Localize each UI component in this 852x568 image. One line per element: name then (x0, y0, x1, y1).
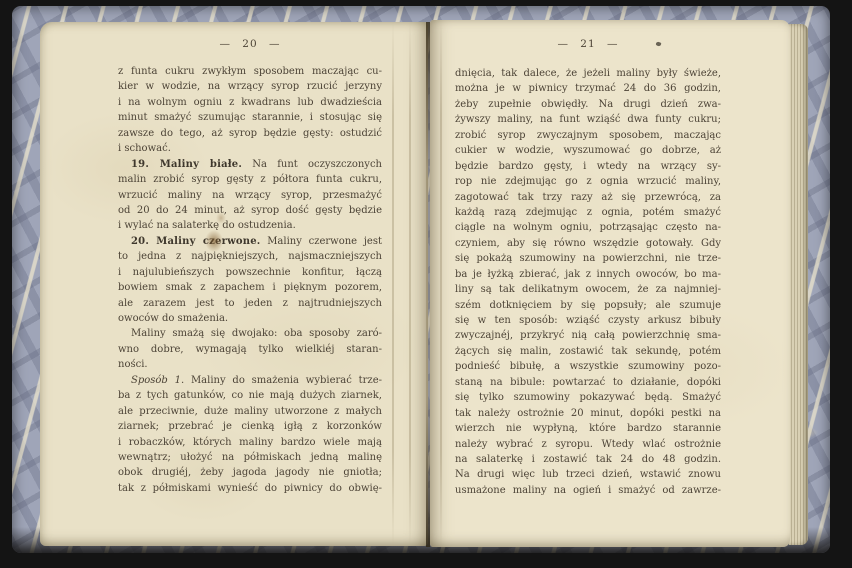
text-line: 19. Maliny białe. Na funt oczyszczonych (118, 157, 382, 172)
text-line: zawsze do tego, aż syrop będzie gęsty: o… (118, 126, 382, 141)
text-line: ale zarazem jest to jeden z najtrudniejs… (118, 296, 382, 311)
text-line: każdą razą zdejmując z ognia, potém smaż… (455, 205, 721, 220)
text-line: usmażone maliny na ogień i smażyć od zaw… (455, 483, 721, 498)
text-line: zwyczajnéj, przykryć nią całą powierzchn… (455, 328, 721, 343)
book-gutter (426, 22, 430, 547)
text-line: cukier w wodzie, wyszumować go dobrze, a… (455, 143, 721, 158)
page-number-header-left: — 20 — (118, 38, 382, 50)
text-line: Sposób 1. Maliny do smażenia wybierać tr… (118, 373, 382, 388)
page-crease (409, 22, 411, 546)
text-line: to jedna z najpiękniejszych, najsmacznie… (118, 249, 382, 264)
text-line: można je w piwnicy trzymać 24 do 36 godz… (455, 81, 721, 96)
text-line: obok drugiéj, żeby jagoda jagody nie gni… (118, 465, 382, 480)
text-line: tak z półmiskami wynieść do piwnicy do o… (118, 481, 382, 496)
text-line: ciągle na wolnym ogniu, potrząsając częs… (455, 220, 721, 235)
text-line: ba z tych gatunków, co nie mają dużych z… (118, 388, 382, 403)
text-line: bowiem smak z zapachem i pięknym pozorem… (118, 280, 382, 295)
text-line: szém dotknięciem by się popsuły; ale szu… (455, 298, 721, 313)
text-line: czyniem, aby się równo wszędzie gotowały… (455, 236, 721, 251)
text-line: ziarnek; przebrać je cienką igłą z korzo… (118, 419, 382, 434)
text-line: i schować. (118, 141, 382, 156)
text-line: będzie bardzo gęsty, i wtedy na wrzący s… (455, 159, 721, 174)
text-line: ności. (118, 357, 382, 372)
text-line: malin zrobić syrop gęsty z półtora funta… (118, 172, 382, 187)
page-text-right: dnięcia, tak dalece, że jeżeli maliny by… (455, 66, 721, 498)
text-line: podnieść bibułę, a wszystkie szumowiny p… (455, 359, 721, 374)
text-line: staną na bibule: powtarzać to działanie,… (455, 375, 721, 390)
text-line: się w ten sposób: wziąść czysty arkusz b… (455, 313, 721, 328)
text-line: i na wolnym ogniu z kwadrans lub dwadzie… (118, 95, 382, 110)
text-line: 20. Maliny czerwone. Maliny czerwone jes… (118, 234, 382, 249)
text-line: Maliny smażą się dwojako: oba sposoby za… (118, 326, 382, 341)
text-line: ba je łyżką zbierać, jak z innych owoców… (455, 267, 721, 282)
text-line: i robaczków, których maliny bardzo wiele… (118, 435, 382, 450)
text-line: ale przeciwnie, duże maliny utworzone z … (118, 404, 382, 419)
page-text-left: z funta cukru zwykłym sposobem maczając … (118, 64, 382, 496)
text-line: i wylać na salaterkę do ostudzenia. (118, 218, 382, 233)
text-line: wierzch nie wypłyną, które bardzo staran… (455, 421, 721, 436)
text-line: wno dobre, wymagają tylko wielkiéj stara… (118, 342, 382, 357)
text-line: rop nie zdejmując go z ognia wrzucić mal… (455, 174, 721, 189)
page-left: — 20 — z funta cukru zwykłym sposobem ma… (40, 22, 428, 546)
text-line: i najulubieńszych powszechnie konfitur, … (118, 265, 382, 280)
page-number-header-right: — 21 — (455, 38, 721, 50)
text-line: owoców do smażenia. (118, 311, 382, 326)
text-line: zrobić syrop zwyczajnym sposobem, maczaj… (455, 128, 721, 143)
text-line: dnięcia, tak dalece, że jeżeli maliny by… (455, 66, 721, 81)
text-line: żących się malin, zostawić tak sekundę, … (455, 344, 721, 359)
text-line: się pokażą szumowiny na powierzchni, nie… (455, 251, 721, 266)
text-line: Na drugi więc lub trzeci dzień, wstawić … (455, 467, 721, 482)
text-line: od 20 do 24 minut, aż syrop dość gęsty b… (118, 203, 382, 218)
book-scan: — 20 — z funta cukru zwykłym sposobem ma… (0, 0, 852, 568)
page-stain (216, 212, 226, 224)
text-line: należy wybrać z syropu. Wtedy wlać ostro… (455, 437, 721, 452)
text-line: się tylko szumowiny pokazywać będą. Smaż… (455, 390, 721, 405)
text-line: tak należy ostrożnie 20 minut, dopóki pe… (455, 406, 721, 421)
text-line: na salaterkę i zostawić tak 24 do 48 god… (455, 452, 721, 467)
text-line: żeby zupełnie obwiędły. Na drugi dzień z… (455, 97, 721, 112)
text-line: kier w wodzie, na wrzący syrop rzucić je… (118, 79, 382, 94)
page-right: — 21 — dnięcia, tak dalece, że jeżeli ma… (430, 20, 790, 547)
page-crease (440, 20, 442, 547)
text-line: zagotować tak trzy razy aż się przewrócą… (455, 190, 721, 205)
text-line: żywszy maliny, na funt wziąść dwa funty … (455, 112, 721, 127)
text-line: minut smażyć szumując starannie, i stosu… (118, 110, 382, 125)
text-line: wrzucić maliny na wrzący syrop, przesmaż… (118, 188, 382, 203)
page-stain (205, 230, 223, 252)
text-line: z funta cukru zwykłym sposobem maczając … (118, 64, 382, 79)
page-crease (392, 22, 394, 546)
text-line: wewnątrz; ułożyć na półmiskach jedną mal… (118, 450, 382, 465)
page-fore-edge-stack (789, 24, 808, 545)
text-line: liny są tak delikatnym owocem, że za naj… (455, 282, 721, 297)
